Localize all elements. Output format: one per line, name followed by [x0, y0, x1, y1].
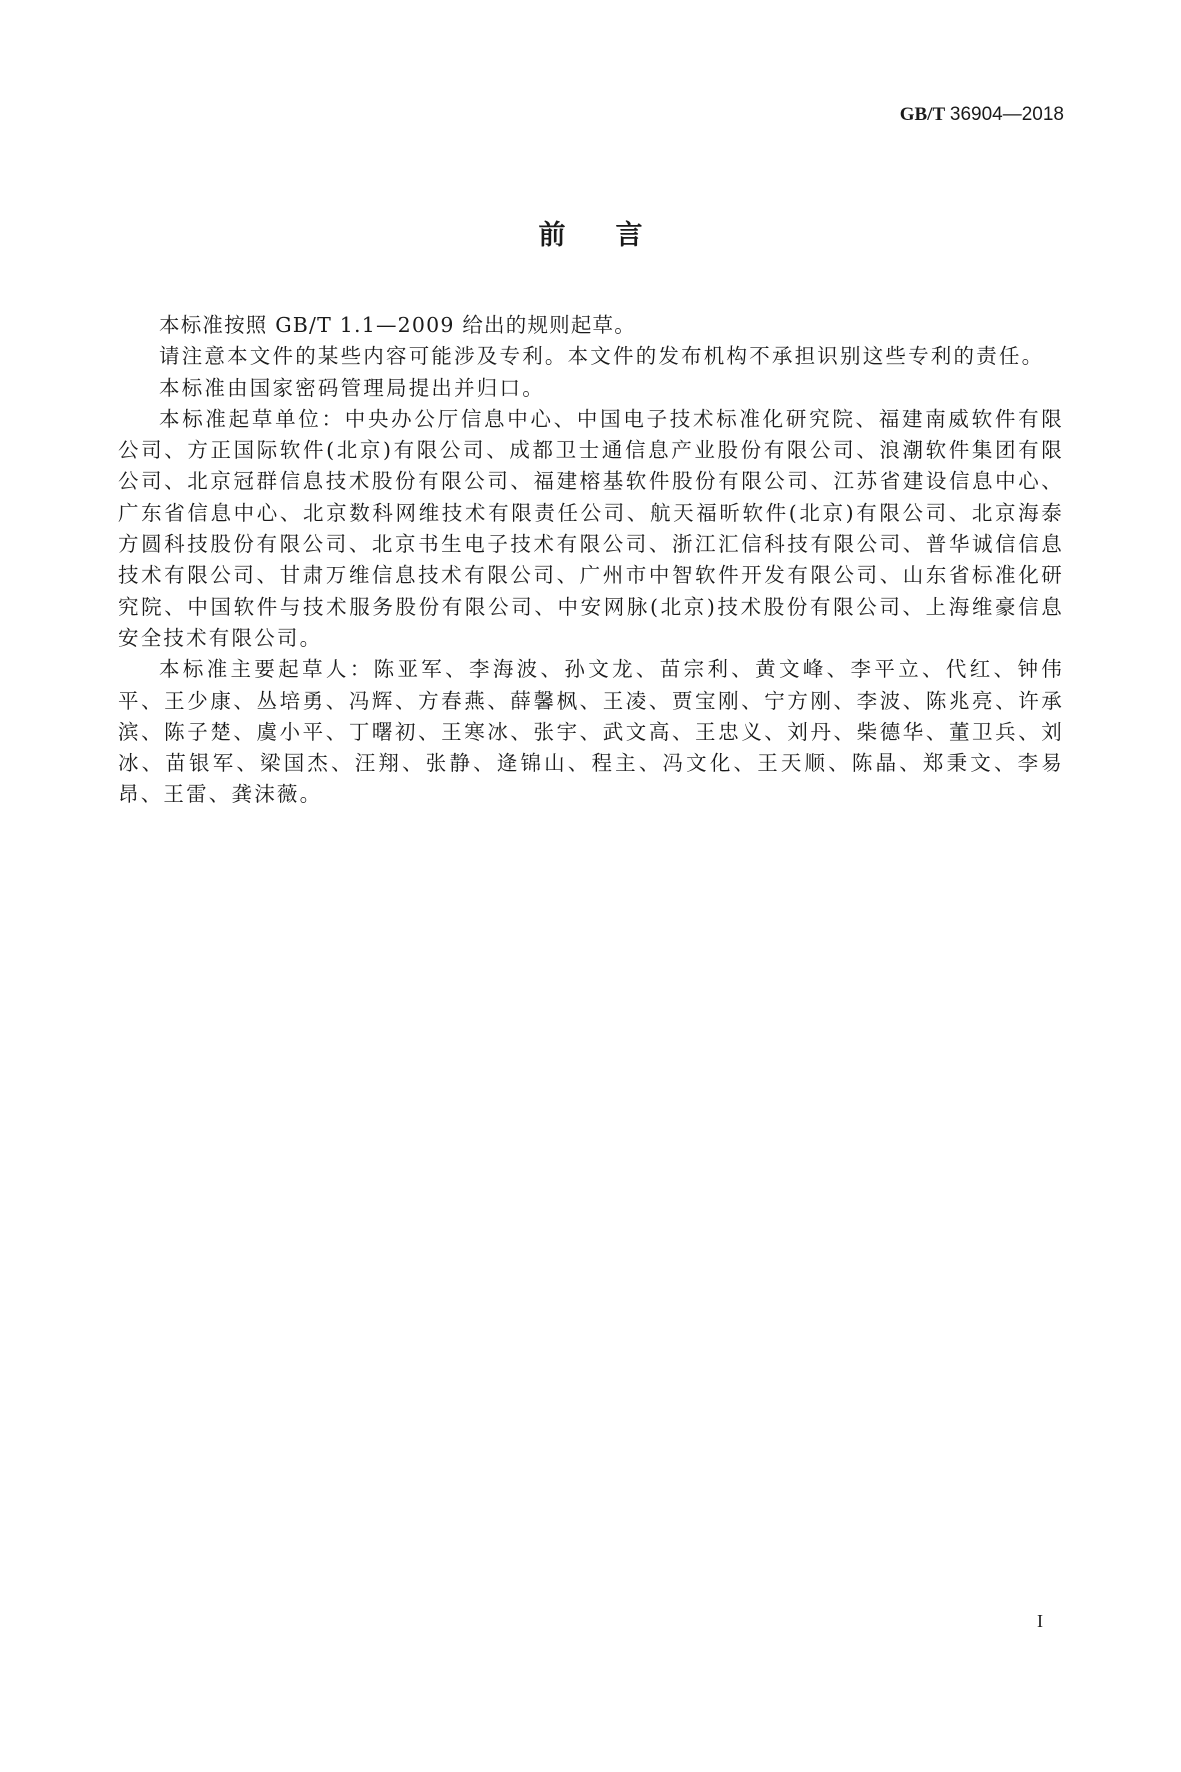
paragraph-patent-notice: 请注意本文件的某些内容可能涉及专利。本文件的发布机构不承担识别这些专利的责任。: [118, 341, 1064, 372]
paragraph-drafters: 本标准主要起草人：陈亚军、李海波、孙文龙、苗宗利、黄文峰、李平立、代红、钟伟平、…: [118, 654, 1064, 810]
standard-prefix: GB/T: [900, 104, 945, 125]
standard-code-header: GB/T 36904—2018: [900, 104, 1064, 126]
paragraph-drafting-rules: 本标准按照 GB/T 1.1—2009 给出的规则起草。: [118, 310, 1064, 341]
document-body: 本标准按照 GB/T 1.1—2009 给出的规则起草。 请注意本文件的某些内容…: [118, 310, 1064, 811]
paragraph-proposer: 本标准由国家密码管理局提出并归口。: [118, 373, 1064, 404]
standard-number: 36904—2018: [950, 104, 1064, 125]
paragraph-drafting-units: 本标准起草单位：中央办公厅信息中心、中国电子技术标准化研究院、福建南威软件有限公…: [118, 404, 1064, 654]
page-number: I: [1037, 1611, 1043, 1632]
page-title: 前言: [0, 213, 1181, 252]
